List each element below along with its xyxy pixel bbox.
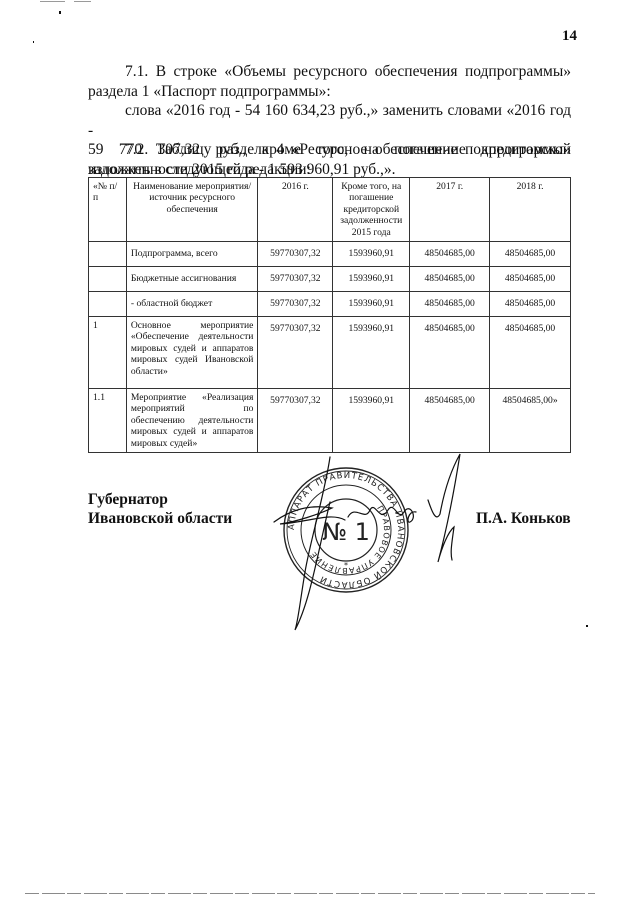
- cell-2018: 48504685,00: [490, 292, 571, 317]
- cell-number: 1.1: [89, 389, 127, 453]
- signatory-title-line: Губернатор: [88, 490, 232, 509]
- cell-2017: 48504685,00: [410, 242, 490, 267]
- scan-artifact-top: [74, 1, 91, 2]
- header-name: Наименование мероприятия/источник ресурс…: [126, 178, 258, 242]
- cell-2016: 59770307,32: [258, 317, 333, 389]
- table-header-row: «№ п/п Наименование мероприятия/источник…: [89, 178, 571, 242]
- cell-number: [89, 267, 127, 292]
- table-row: 1 Основное мероприятие «Обеспечение деят…: [89, 317, 571, 389]
- table-row: 1.1 Мероприятие «Реализация мероприятий …: [89, 389, 571, 453]
- header-debt-2015: Кроме того, на погашение кредиторской за…: [333, 178, 410, 242]
- cell-2017: 48504685,00: [410, 389, 490, 453]
- cell-name: Мероприятие «Реализация мероприятий по о…: [126, 389, 258, 453]
- scan-artifact-bottom: [25, 893, 595, 894]
- cell-2017: 48504685,00: [410, 292, 490, 317]
- signatory-title: Губернатор Ивановской области: [88, 490, 232, 528]
- official-seal-stamp: АППАРАТ ПРАВИТЕЛЬСТВА ИВАНОВСКОЙ ОБЛАСТИ…: [270, 452, 530, 642]
- cell-2017: 48504685,00: [410, 267, 490, 292]
- cell-2016: 59770307,32: [258, 389, 333, 453]
- cell-debt-2015: 1593960,91: [333, 242, 410, 267]
- table-row: Подпрограмма, всего 59770307,32 1593960,…: [89, 242, 571, 267]
- cell-debt-2015: 1593960,91: [333, 267, 410, 292]
- cell-name: Подпрограмма, всего: [126, 242, 258, 267]
- cell-name: - областной бюджет: [126, 292, 258, 317]
- cell-number: [89, 292, 127, 317]
- cell-name: Основное мероприятие «Обеспечение деятел…: [126, 317, 258, 389]
- cell-2018: 48504685,00: [490, 242, 571, 267]
- paragraph-7-2: 7.2. Таблицу раздела 4 «Ресурсное обеспе…: [88, 140, 571, 179]
- scan-speck: [59, 11, 61, 14]
- text-line: 7.2. Таблицу раздела 4 «Ресурсное обеспе…: [88, 140, 571, 160]
- cell-debt-2015: 1593960,91: [333, 317, 410, 389]
- cell-2016: 59770307,32: [258, 242, 333, 267]
- scan-speck: [33, 41, 34, 43]
- signatory-title-line: Ивановской области: [88, 509, 232, 528]
- header-2017: 2017 г.: [410, 178, 490, 242]
- table-row: Бюджетные ассигнования 59770307,32 15939…: [89, 267, 571, 292]
- header-2018: 2018 г.: [490, 178, 571, 242]
- scan-speck: [586, 625, 588, 627]
- cell-name: Бюджетные ассигнования: [126, 267, 258, 292]
- cell-2018: 48504685,00: [490, 267, 571, 292]
- cell-number: [89, 242, 127, 267]
- page-number: 14: [562, 28, 577, 45]
- cell-2016: 59770307,32: [258, 267, 333, 292]
- cell-2017: 48504685,00: [410, 317, 490, 389]
- header-number: «№ п/п: [89, 178, 127, 242]
- paragraph-7-1: 7.1. В строке «Объемы ресурсного обеспеч…: [88, 62, 571, 101]
- stamp-star: *: [344, 561, 348, 570]
- scan-artifact-top: [40, 1, 65, 2]
- cell-debt-2015: 1593960,91: [333, 389, 410, 453]
- text-line: 7.1. В строке «Объемы ресурсного обеспеч…: [88, 62, 571, 82]
- cell-2018: 48504685,00»: [490, 389, 571, 453]
- text-line: раздела 1 «Паспорт подпрограммы»:: [88, 82, 571, 102]
- header-2016: 2016 г.: [258, 178, 333, 242]
- text-line: слова «2016 год - 54 160 634,23 руб.,» з…: [88, 101, 571, 140]
- cell-number: 1: [89, 317, 127, 389]
- cell-debt-2015: 1593960,91: [333, 292, 410, 317]
- table-row: - областной бюджет 59770307,32 1593960,9…: [89, 292, 571, 317]
- cell-2018: 48504685,00: [490, 317, 571, 389]
- resource-table: «№ п/п Наименование мероприятия/источник…: [88, 177, 571, 453]
- cell-2016: 59770307,32: [258, 292, 333, 317]
- stamp-center-number: № 1: [322, 518, 370, 546]
